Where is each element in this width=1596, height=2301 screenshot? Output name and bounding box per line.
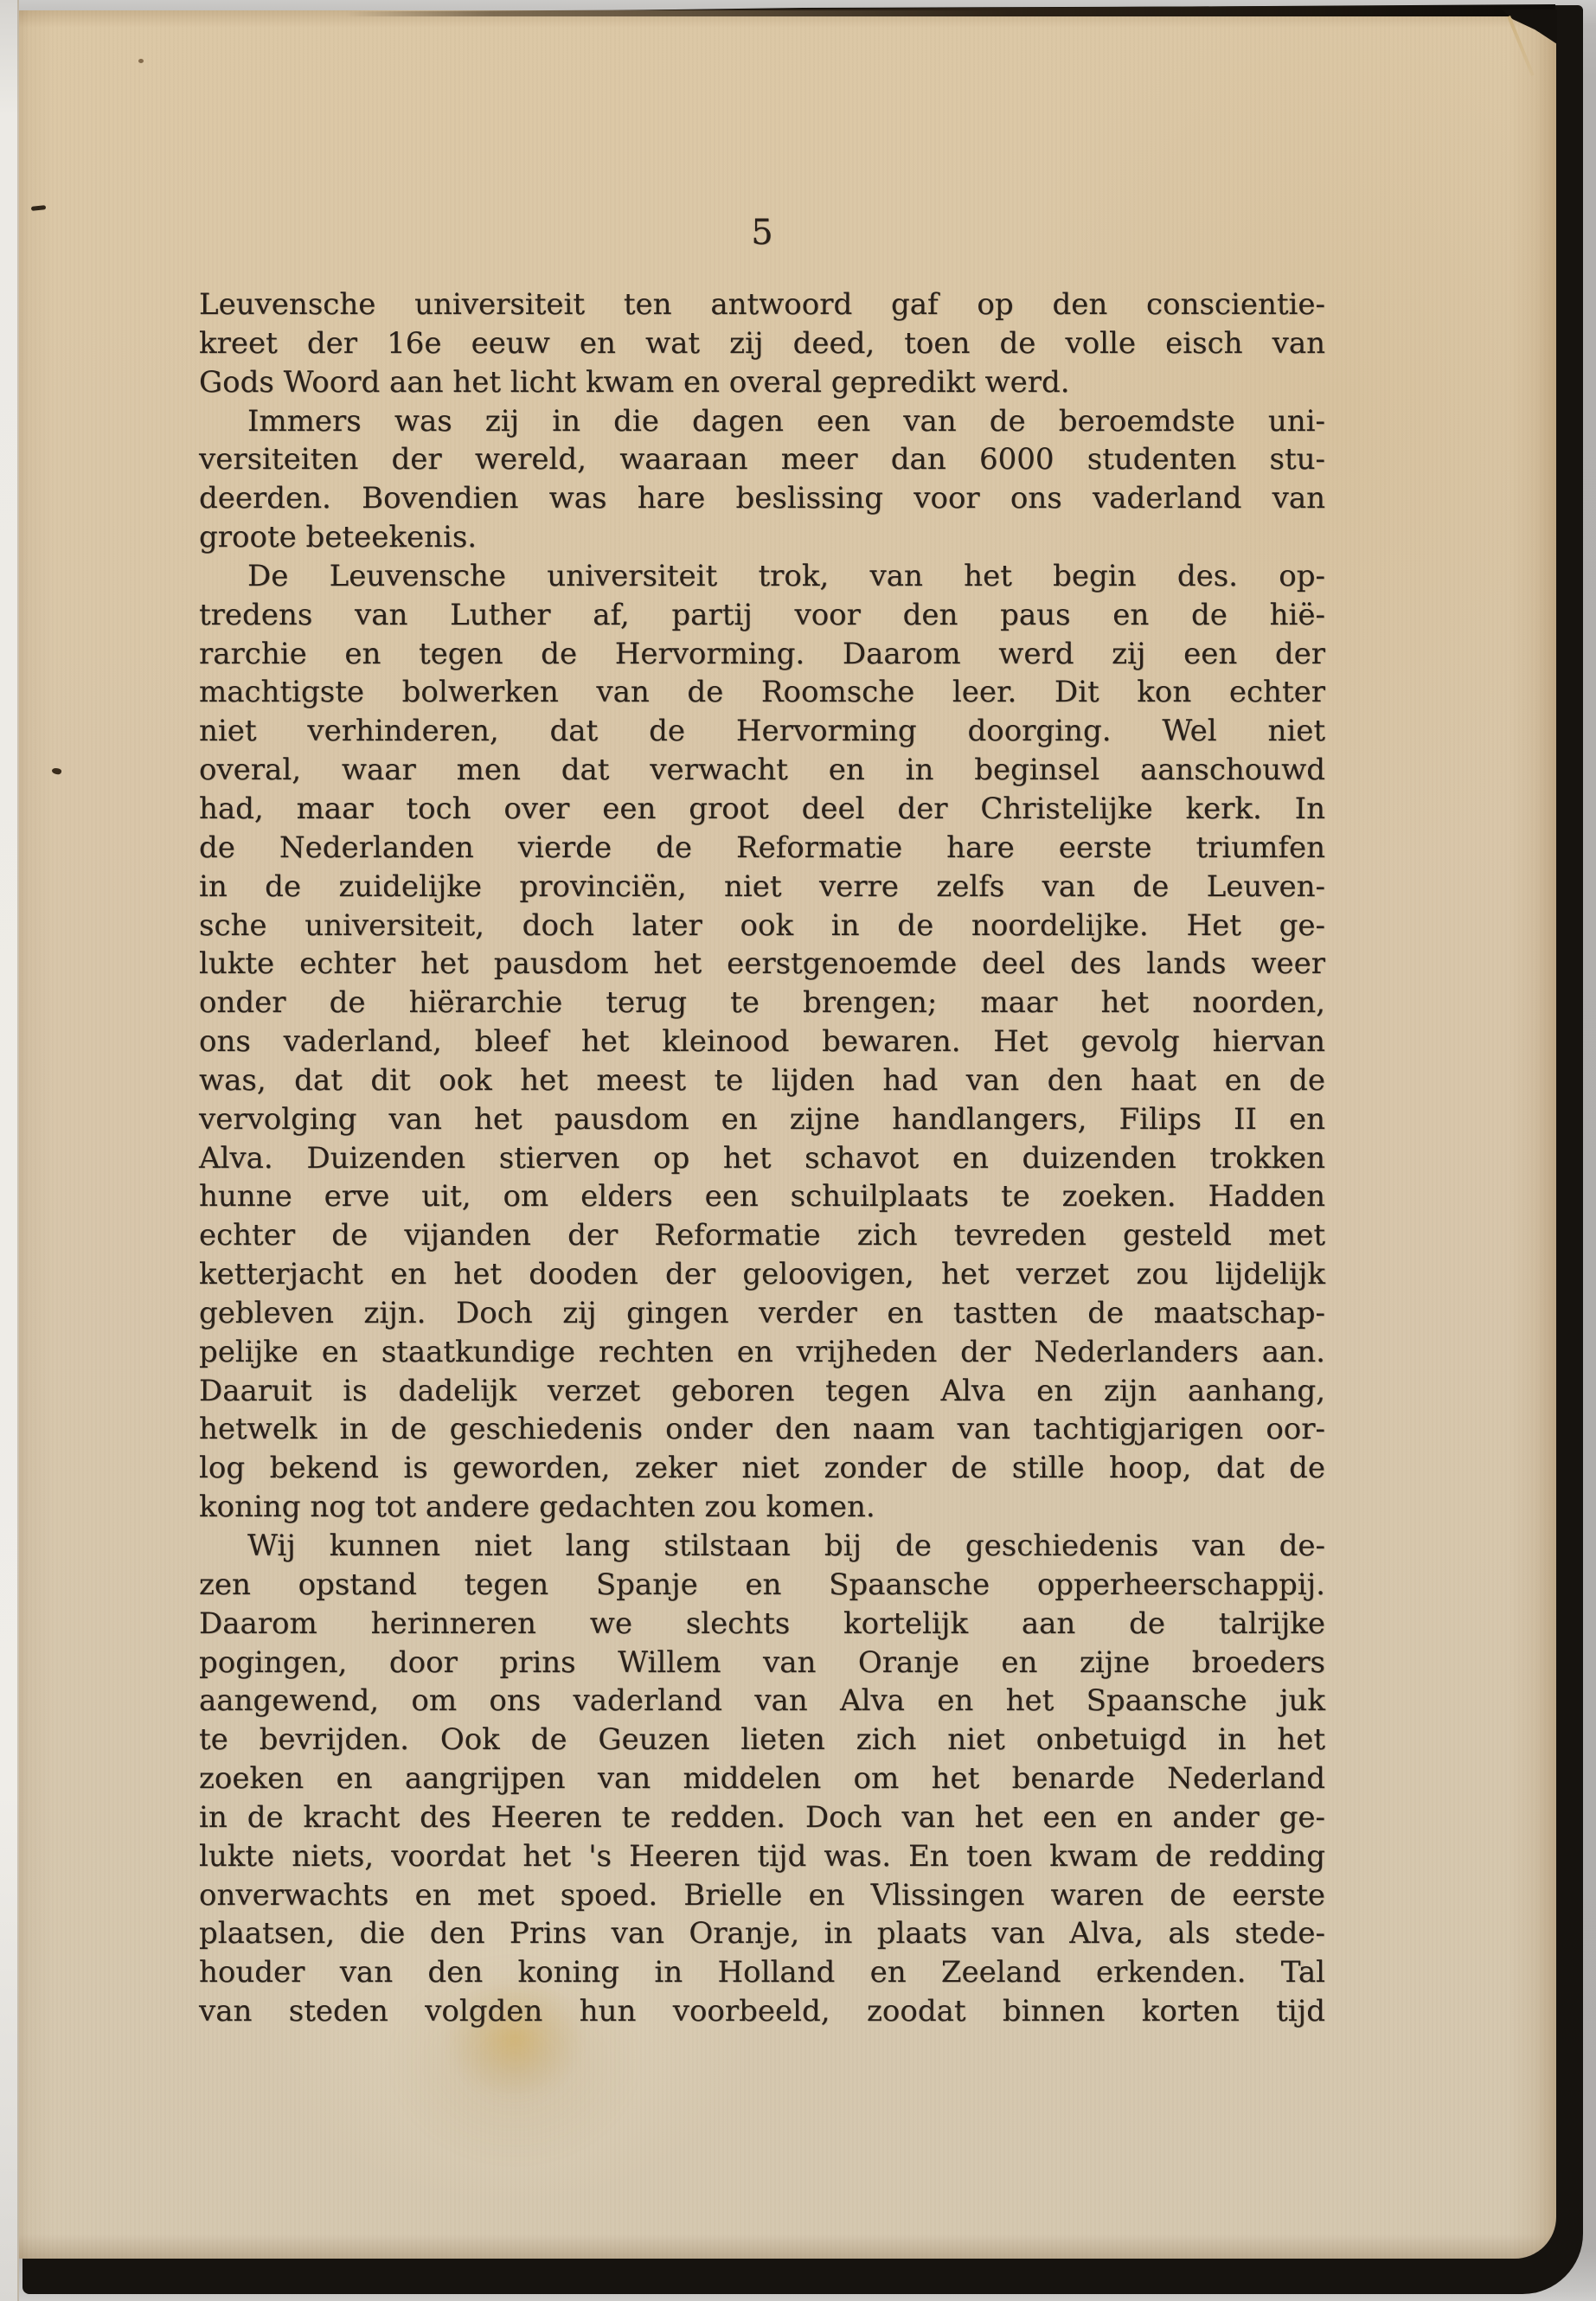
text-line: log bekend is geworden, zeker niet zonde…	[199, 1449, 1325, 1488]
text-block: Leuvensche universiteit ten antwoord gaf…	[199, 285, 1325, 2031]
text-line: Alva. Duizenden stierven op het schavot …	[199, 1139, 1325, 1178]
text-line: had, maar toch over een groot deel der C…	[199, 790, 1325, 829]
text-line: pelijke en staatkundige rechten en vrijh…	[199, 1333, 1325, 1372]
text-line: ons vaderland, bleef het kleinood beware…	[199, 1022, 1325, 1061]
text-line: onverwachts en met spoed. Brielle en Vli…	[199, 1876, 1325, 1915]
text-line: machtigste bolwerken van de Roomsche lee…	[199, 673, 1325, 712]
text-line: in de kracht des Heeren te redden. Doch …	[199, 1798, 1325, 1837]
text-line: gebleven zijn. Doch zij gingen verder en…	[199, 1294, 1325, 1333]
text-line: rarchie en tegen de Hervorming. Daarom w…	[199, 635, 1325, 674]
margin-speck-mark	[51, 767, 61, 775]
scan-left-margin-strip	[0, 0, 19, 2301]
text-line: te bevrijden. Ook de Geuzen lieten zich …	[199, 1721, 1325, 1759]
text-line: lukte echter het pausdom het eerstgenoem…	[199, 945, 1325, 984]
text-line: vervolging van het pausdom en zijne hand…	[199, 1100, 1325, 1139]
text-line: zen opstand tegen Spanje en Spaansche op…	[199, 1566, 1325, 1605]
text-line: Wij kunnen niet lang stilstaan bij de ge…	[199, 1527, 1325, 1566]
text-line: de Nederlanden vierde de Reformatie hare…	[199, 829, 1325, 868]
text-line: zoeken en aangrijpen van middelen om het…	[199, 1759, 1325, 1798]
text-line: lukte niets, voordat het 's Heeren tijd …	[199, 1837, 1325, 1876]
text-line: echter de vijanden der Reformatie zich t…	[199, 1216, 1325, 1255]
text-line: Leuvensche universiteit ten antwoord gaf…	[199, 285, 1325, 324]
text-line: Daarom herinneren we slechts kortelijk a…	[199, 1605, 1325, 1644]
text-line: pogingen, door prins Willem van Oranje e…	[199, 1644, 1325, 1682]
text-line: groote beteekenis.	[199, 518, 1325, 557]
text-line: houder van den koning in Holland en Zeel…	[199, 1953, 1325, 1992]
paper-speck-mark	[138, 59, 144, 63]
text-line: Daaruit is dadelijk verzet geboren tegen…	[199, 1372, 1325, 1411]
text-line: koning nog tot andere gedachten zou kome…	[199, 1488, 1325, 1527]
margin-dash-mark	[31, 205, 46, 211]
text-line: Immers was zij in die dagen een van de b…	[199, 402, 1325, 441]
text-line: Gods Woord aan het licht kwam en overal …	[199, 363, 1325, 402]
text-line: De Leuvensche universiteit trok, van het…	[199, 557, 1325, 596]
paper-page: 5 Leuvensche universiteit ten antwoord g…	[17, 10, 1556, 2259]
text-line: hunne erve uit, om elders een schuilplaa…	[199, 1177, 1325, 1216]
book-scan: 5 Leuvensche universiteit ten antwoord g…	[0, 0, 1596, 2301]
text-line: van steden volgden hun voorbeeld, zoodat…	[199, 1992, 1325, 2031]
text-line: onder de hiërarchie terug te brengen; ma…	[199, 984, 1325, 1022]
text-line: plaatsen, die den Prins van Oranje, in p…	[199, 1914, 1325, 1953]
text-line: niet verhinderen, dat de Hervorming door…	[199, 712, 1325, 751]
text-line: aangewend, om ons vaderland van Alva en …	[199, 1682, 1325, 1721]
text-line: hetwelk in de geschiedenis onder den naa…	[199, 1410, 1325, 1449]
text-line: tredens van Luther af, partij voor den p…	[199, 596, 1325, 635]
page-number: 5	[199, 213, 1325, 253]
text-line: ketterjacht en het dooden der geloovigen…	[199, 1255, 1325, 1294]
text-line: sche universiteit, doch later ook in de …	[199, 907, 1325, 945]
text-line: overal, waar men dat verwacht en in begi…	[199, 751, 1325, 790]
text-line: versiteiten der wereld, waaraan meer dan…	[199, 440, 1325, 479]
text-line: in de zuidelijke provinciën, niet verre …	[199, 868, 1325, 907]
text-line: was, dat dit ook het meest te lijden had…	[199, 1061, 1325, 1100]
text-line: deerden. Bovendien was hare beslissing v…	[199, 479, 1325, 518]
text-line: kreet der 16e eeuw en wat zij deed, toen…	[199, 324, 1325, 363]
